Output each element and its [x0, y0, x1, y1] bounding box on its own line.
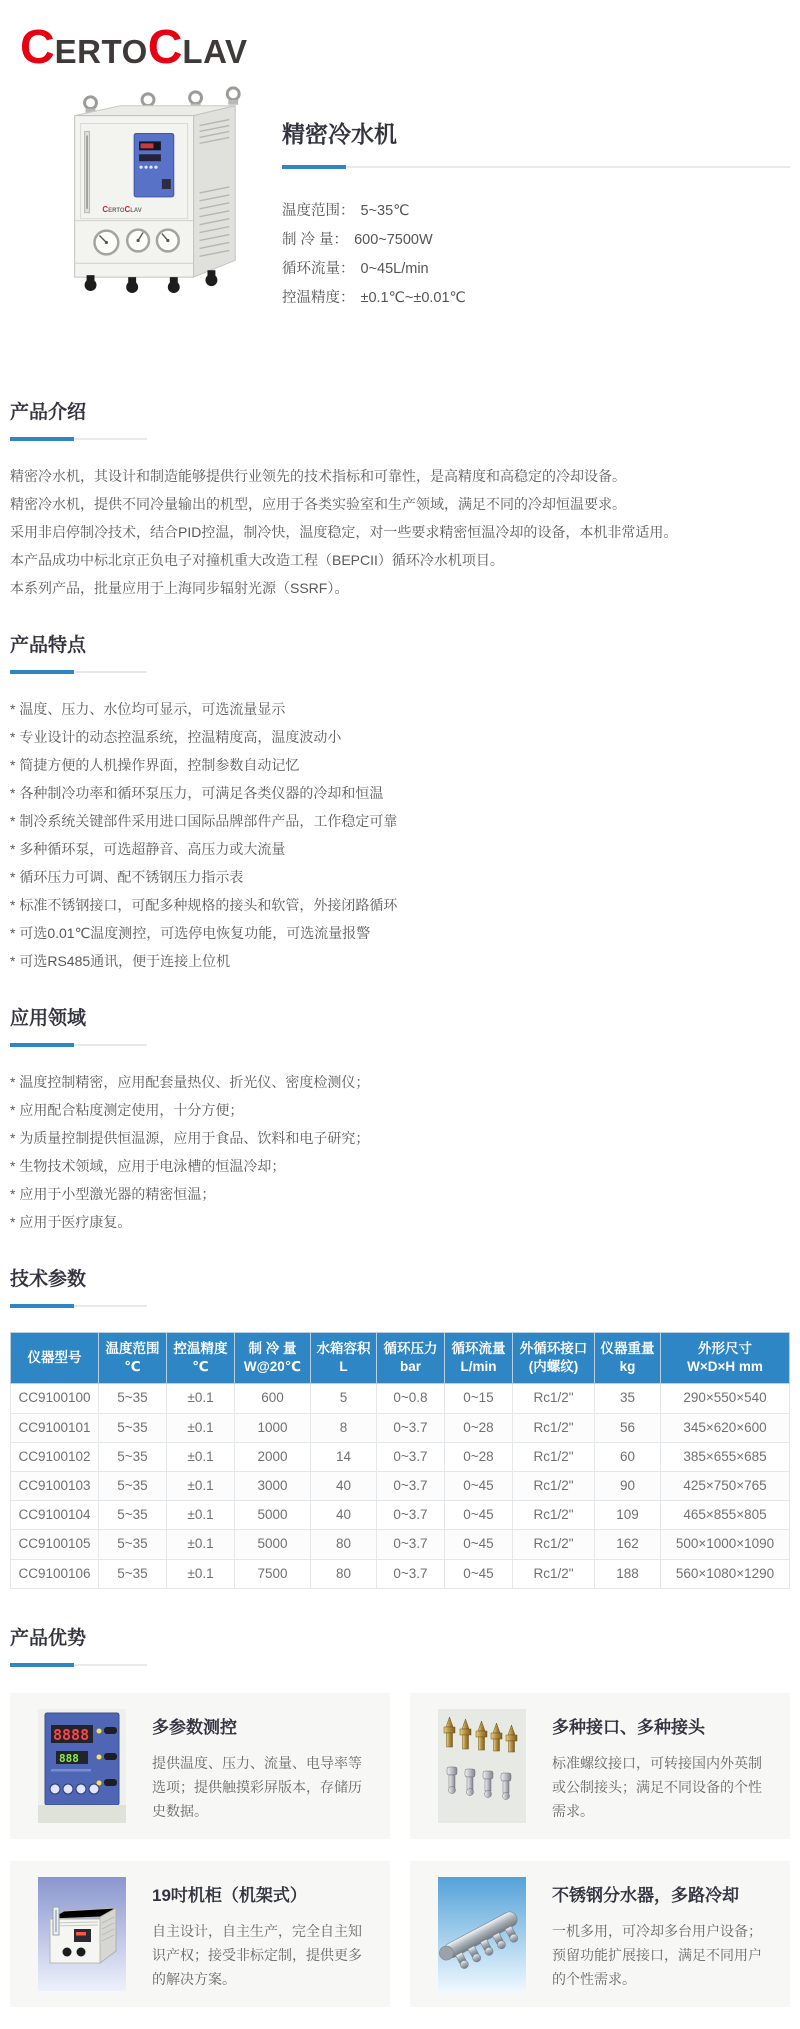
tech-table-cell: 0~3.7 [377, 1501, 445, 1530]
tech-table-cell: CC9100106 [11, 1559, 99, 1588]
application-item: * 应用于医疗康复。 [10, 1214, 790, 1230]
spec-value: 5~35℃ [361, 203, 410, 219]
svg-text:888: 888 [59, 1752, 79, 1765]
advantage-text: 标准螺纹接口，可转接国内外英制或公制接头；满足不同设备的个性需求。 [552, 1751, 772, 1823]
tech-table-row: CC91001055~35±0.15000800~3.70~45Rc1/2"16… [11, 1530, 790, 1559]
tech-table-cell: CC9100102 [11, 1442, 99, 1471]
section-title: 产品特点 [10, 630, 790, 657]
section-intro: 产品介绍 精密冷水机，其设计和制造能够提供行业领先的技术指标和可靠性，是高精度和… [10, 397, 790, 596]
feature-item: * 多种循环泵，可选超静音、高压力或大流量 [10, 841, 790, 857]
tech-table-cell: 90 [595, 1472, 661, 1501]
page-header: CERTOCLAV [0, 0, 800, 72]
tech-table-header-row: 仪器型号温度范围℃控温精度℃制 冷 量W@20℃水箱容积L循环压力bar循环流量… [11, 1333, 790, 1384]
application-item: * 为质量控制提供恒温源，应用于食品、饮料和电子研究； [10, 1130, 790, 1146]
feature-item: * 专业设计的动态控温系统，控温精度高，温度波动小 [10, 729, 790, 745]
tech-col-header: 循环流量L/min [445, 1333, 513, 1384]
feature-item: * 标准不锈钢接口，可配多种规格的接头和软管，外接闭路循环 [10, 897, 790, 913]
spec-label: 制 冷 量： [282, 232, 348, 248]
tech-table-cell: 14 [311, 1442, 377, 1471]
intro-paragraph: 精密冷水机，提供不同冷量输出的机型，应用于各类实验室和生产领域，满足不同的冷却恒… [10, 496, 790, 512]
application-item: * 生物技术领域，应用于电泳槽的恒温冷却； [10, 1158, 790, 1174]
product-summary: 精密冷水机 温度范围：5~35℃ 制 冷 量：600~7500W 循环流量：0~… [282, 76, 790, 319]
tech-table-cell: 560×1080×1290 [661, 1559, 790, 1588]
product-title: 精密冷水机 [282, 116, 790, 149]
tech-table-cell: ±0.1 [167, 1442, 235, 1471]
tech-table-cell: 0~3.7 [377, 1559, 445, 1588]
advantage-text: 自主设计，自主生产，完全自主知识产权；接受非标定制，提供更多的解决方案。 [152, 1919, 372, 1991]
feature-item: * 制冷系统关键部件采用进口国际品牌部件产品，工作稳定可靠 [10, 813, 790, 829]
tech-table-cell: Rc1/2" [513, 1530, 595, 1559]
tech-table-cell: Rc1/2" [513, 1472, 595, 1501]
section-title: 产品介绍 [10, 397, 790, 424]
tech-table-cell: 5~35 [99, 1559, 167, 1588]
section-tech-params: 技术参数 仪器型号温度范围℃控温精度℃制 冷 量W@20℃水箱容积L循环压力ba… [10, 1264, 790, 1589]
tech-table-cell: Rc1/2" [513, 1384, 595, 1413]
tech-col-header: 循环压力bar [377, 1333, 445, 1384]
tech-table-row: CC91001035~35±0.13000400~3.70~45Rc1/2"90… [11, 1472, 790, 1501]
tech-table-body: CC91001005~35±0.160050~0.80~15Rc1/2"3529… [11, 1384, 790, 1588]
spec-row: 循环流量：0~45L/min [282, 261, 790, 277]
logo-letter: C [20, 21, 55, 74]
tech-table-cell: 0~28 [445, 1442, 513, 1471]
tech-table-cell: 188 [595, 1559, 661, 1588]
tech-table-cell: 0~45 [445, 1530, 513, 1559]
tech-table-cell: 5000 [235, 1501, 311, 1530]
advantage-card-rack: 19吋机柜（机架式） 自主设计，自主生产，完全自主知识产权；接受非标定制，提供更… [10, 1861, 390, 2007]
tech-table-cell: 2000 [235, 1442, 311, 1471]
spec-row: 控温精度：±0.1℃~±0.01℃ [282, 290, 790, 306]
brand-logo[interactable]: CERTOCLAV [20, 24, 800, 72]
tech-table-cell: ±0.1 [167, 1413, 235, 1442]
advantage-title: 多参数测控 [152, 1713, 372, 1738]
intro-paragraph: 采用非启停制冷技术，结合PID控温，制冷快，温度稳定，对一些要求精密恒温冷却的设… [10, 524, 790, 540]
tech-table-cell: 8 [311, 1413, 377, 1442]
spec-row: 制 冷 量：600~7500W [282, 232, 790, 248]
tech-table-cell: 0~3.7 [377, 1472, 445, 1501]
tech-table-cell: CC9100101 [11, 1413, 99, 1442]
tech-table-cell: 0~3.7 [377, 1530, 445, 1559]
tech-table-cell: 1000 [235, 1413, 311, 1442]
tech-table-cell: 162 [595, 1530, 661, 1559]
advantage-text: 一机多用，可冷却多台用户设备；预留功能扩展接口，满足不同用户的个性需求。 [552, 1919, 772, 1991]
section-divider [10, 1304, 147, 1308]
tech-table-cell: 600 [235, 1384, 311, 1413]
tech-table-cell: 0~45 [445, 1559, 513, 1588]
tech-table-row: CC91001065~35±0.17500800~3.70~45Rc1/2"18… [11, 1559, 790, 1588]
tech-table-cell: Rc1/2" [513, 1501, 595, 1530]
advantage-title: 不锈钢分水器，多路冷却 [552, 1881, 772, 1906]
title-divider [282, 165, 790, 169]
section-advantages: 产品优势 8888 888 [10, 1623, 790, 2007]
section-title: 应用领域 [10, 1003, 790, 1030]
tech-table-row: CC91001045~35±0.15000400~3.70~45Rc1/2"10… [11, 1501, 790, 1530]
tech-table-cell: 80 [311, 1530, 377, 1559]
product-hero: CERTOCLAV [0, 76, 800, 319]
section-divider [10, 437, 147, 441]
tech-table-cell: 5~35 [99, 1413, 167, 1442]
section-divider [10, 1043, 147, 1047]
controller-panel-image: 8888 888 [38, 1709, 126, 1823]
tech-table-cell: 0~45 [445, 1501, 513, 1530]
advantage-card-fittings: 多种接口、多种接头 标准螺纹接口，可转接国内外英制或公制接头；满足不同设备的个性… [410, 1693, 790, 1839]
tech-table-cell: 290×550×540 [661, 1384, 790, 1413]
fittings-image [438, 1709, 526, 1823]
tech-table-cell: 500×1000×1090 [661, 1530, 790, 1559]
tech-table-cell: 0~0.8 [377, 1384, 445, 1413]
feature-item: * 可选RS485通讯，便于连接上位机 [10, 953, 790, 969]
tech-table-cell: 0~45 [445, 1472, 513, 1501]
tech-col-header: 仪器重量kg [595, 1333, 661, 1384]
advantage-title: 多种接口、多种接头 [552, 1713, 772, 1738]
spec-row: 温度范围：5~35℃ [282, 203, 790, 219]
spec-value: 600~7500W [354, 232, 433, 248]
bottom-spacer [0, 2007, 800, 2029]
tech-col-header: 仪器型号 [11, 1333, 99, 1384]
section-divider [10, 670, 147, 674]
application-item: * 应用配合粘度测定使用，十分方便； [10, 1102, 790, 1118]
intro-paragraphs: 精密冷水机，其设计和制造能够提供行业领先的技术指标和可靠性，是高精度和高稳定的冷… [10, 468, 790, 596]
tech-table-cell: 35 [595, 1384, 661, 1413]
advantage-cards: 8888 888 多参数测控 提供温度、压力、流量、电导率等选项；提供触摸彩屏版… [10, 1693, 790, 2007]
feature-item: * 简捷方便的人机操作界面，控制参数自动记忆 [10, 757, 790, 773]
section-title: 产品优势 [10, 1623, 790, 1650]
advantage-title: 19吋机柜（机架式） [152, 1881, 372, 1906]
chiller-illustration: CERTOCLAV [44, 76, 254, 294]
tech-table-cell: 425×750×765 [661, 1472, 790, 1501]
tech-table-cell: 345×620×600 [661, 1413, 790, 1442]
intro-paragraph: 精密冷水机，其设计和制造能够提供行业领先的技术指标和可靠性，是高精度和高稳定的冷… [10, 468, 790, 484]
svg-text:8888: 8888 [53, 1726, 89, 1744]
application-item: * 温度控制精密，应用配套量热仪、折光仪、密度检测仪； [10, 1074, 790, 1090]
logo-letter: C [148, 21, 183, 74]
manifold-image [438, 1877, 526, 1991]
tech-table-cell: CC9100103 [11, 1472, 99, 1501]
tech-table-cell: 465×855×805 [661, 1501, 790, 1530]
tech-table-cell: ±0.1 [167, 1472, 235, 1501]
tech-table-cell: 0~15 [445, 1384, 513, 1413]
tech-table-cell: 40 [311, 1501, 377, 1530]
tech-table-cell: 5000 [235, 1530, 311, 1559]
rack-unit-image [38, 1877, 126, 1991]
advantage-card-manifold: 不锈钢分水器，多路冷却 一机多用，可冷却多台用户设备；预留功能扩展接口，满足不同… [410, 1861, 790, 2007]
tech-table-cell: CC9100104 [11, 1501, 99, 1530]
tech-table-cell: CC9100105 [11, 1530, 99, 1559]
section-features: 产品特点 * 温度、压力、水位均可显示，可选流量显示* 专业设计的动态控温系统，… [10, 630, 790, 969]
tech-table-cell: CC9100100 [11, 1384, 99, 1413]
advantage-text: 提供温度、压力、流量、电导率等选项；提供触摸彩屏版本，存储历史数据。 [152, 1751, 372, 1823]
tech-table-cell: 0~28 [445, 1413, 513, 1442]
tech-table-cell: 5~35 [99, 1530, 167, 1559]
logo-letters: ERTO [55, 33, 148, 70]
application-item: * 应用于小型激光器的精密恒温； [10, 1186, 790, 1202]
tech-table-cell: ±0.1 [167, 1530, 235, 1559]
tech-table-cell: ±0.1 [167, 1384, 235, 1413]
tech-table-cell: 60 [595, 1442, 661, 1471]
spec-value: ±0.1℃~±0.01℃ [361, 290, 466, 306]
tech-table-row: CC91001005~35±0.160050~0.80~15Rc1/2"3529… [11, 1384, 790, 1413]
tech-col-header: 外形尺寸W×D×H mm [661, 1333, 790, 1384]
feature-item: * 温度、压力、水位均可显示，可选流量显示 [10, 701, 790, 717]
section-divider [10, 1663, 147, 1667]
tech-col-header: 制 冷 量W@20℃ [235, 1333, 311, 1384]
tech-table-cell: 109 [595, 1501, 661, 1530]
tech-table-cell: Rc1/2" [513, 1413, 595, 1442]
tech-table-cell: 40 [311, 1472, 377, 1501]
feature-list: * 温度、压力、水位均可显示，可选流量显示* 专业设计的动态控温系统，控温精度高… [10, 701, 790, 969]
tech-table-cell: 5~35 [99, 1501, 167, 1530]
spec-label: 循环流量： [282, 261, 355, 277]
intro-paragraph: 本产品成功中标北京正负电子对撞机重大改造工程（BEPCII）循环冷水机项目。 [10, 552, 790, 568]
tech-table-cell: ±0.1 [167, 1559, 235, 1588]
tech-table-cell: 5 [311, 1384, 377, 1413]
tech-col-header: 控温精度℃ [167, 1333, 235, 1384]
intro-paragraph: 本系列产品，批量应用于上海同步辐射光源（SSRF）。 [10, 580, 790, 596]
tech-col-header: 外循环接口(内螺纹) [513, 1333, 595, 1384]
feature-item: * 循环压力可调、配不锈钢压力指示表 [10, 869, 790, 885]
page: CERTOCLAV [0, 0, 800, 2029]
tech-table-cell: Rc1/2" [513, 1559, 595, 1588]
feature-item: * 可选0.01℃温度测控，可选停电恢复功能，可选流量报警 [10, 925, 790, 941]
product-spec-list: 温度范围：5~35℃ 制 冷 量：600~7500W 循环流量：0~45L/mi… [282, 203, 790, 306]
product-image: CERTOCLAV [44, 76, 254, 319]
tech-table-cell: 3000 [235, 1472, 311, 1501]
feature-item: * 各种制冷功率和循环泵压力，可满足各类仪器的冷却和恒温 [10, 785, 790, 801]
tech-table-cell: 56 [595, 1413, 661, 1442]
spec-label: 控温精度： [282, 290, 355, 306]
section-title: 技术参数 [10, 1264, 790, 1291]
tech-table-cell: 0~3.7 [377, 1442, 445, 1471]
section-applications: 应用领域 * 温度控制精密，应用配套量热仪、折光仪、密度检测仪；* 应用配合粘度… [10, 1003, 790, 1230]
logo-letters: LAV [182, 33, 247, 70]
tech-table-cell: 5~35 [99, 1442, 167, 1471]
advantage-card-multiparam: 8888 888 多参数测控 提供温度、压力、流量、电导率等选项；提供触摸彩屏版… [10, 1693, 390, 1839]
tech-table-cell: 385×655×685 [661, 1442, 790, 1471]
tech-table-cell: 0~3.7 [377, 1413, 445, 1442]
tech-table-row: CC91001025~35±0.12000140~3.70~28Rc1/2"60… [11, 1442, 790, 1471]
tech-table-cell: 5~35 [99, 1472, 167, 1501]
tech-table-cell: 80 [311, 1559, 377, 1588]
tech-table-cell: ±0.1 [167, 1501, 235, 1530]
tech-col-header: 温度范围℃ [99, 1333, 167, 1384]
tech-table-cell: 7500 [235, 1559, 311, 1588]
tech-table-cell: 5~35 [99, 1384, 167, 1413]
spec-label: 温度范围： [282, 203, 355, 219]
tech-table: 仪器型号温度范围℃控温精度℃制 冷 量W@20℃水箱容积L循环压力bar循环流量… [10, 1332, 790, 1589]
tech-table-row: CC91001015~35±0.1100080~3.70~28Rc1/2"563… [11, 1413, 790, 1442]
spec-value: 0~45L/min [361, 261, 429, 277]
application-list: * 温度控制精密，应用配套量热仪、折光仪、密度检测仪；* 应用配合粘度测定使用，… [10, 1074, 790, 1230]
tech-table-cell: Rc1/2" [513, 1442, 595, 1471]
tech-col-header: 水箱容积L [311, 1333, 377, 1384]
